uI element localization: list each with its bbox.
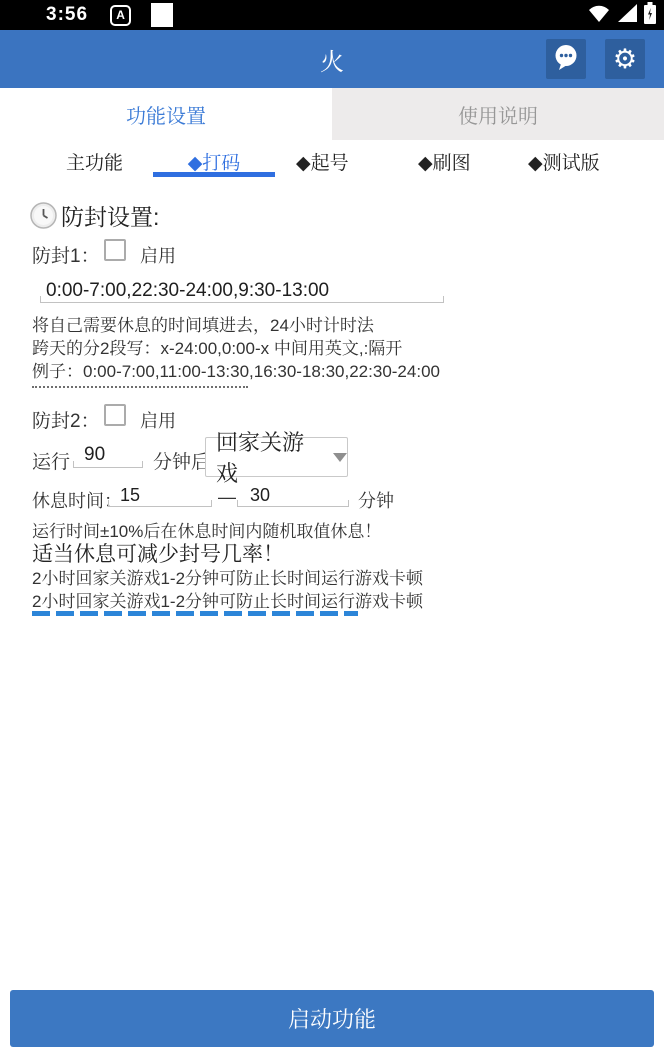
- run-suffix-label: 分钟后: [153, 447, 210, 474]
- blue-dashed-divider: [32, 611, 358, 616]
- app-bar: 火 ⚙: [0, 30, 664, 88]
- anti-ban-1-checkbox[interactable]: [104, 239, 126, 261]
- rest-min-underline: [108, 501, 212, 507]
- white-square-icon: [151, 3, 173, 27]
- hint-line: 跨天的分2段写：x-24:00,0:00-x 中间用英文,:隔开: [32, 334, 402, 359]
- start-function-button[interactable]: 启动功能: [10, 990, 654, 1047]
- battery-icon: [644, 2, 656, 29]
- app-screen: 3:56 A 火: [0, 0, 664, 1062]
- sub-tab-shuatu[interactable]: ◆刷图: [418, 148, 471, 175]
- anti-ban-2-checkbox[interactable]: [104, 404, 126, 426]
- run-action-selected-value: 回家关游戏: [216, 426, 325, 488]
- anti-ban-section-header: 防封设置:: [30, 199, 159, 232]
- chat-button[interactable]: [546, 39, 586, 79]
- hint-line: 例子：0:00-7:00,11:00-13:30,16:30-18:30,22:…: [32, 357, 440, 382]
- section-title: 防封设置:: [61, 199, 159, 232]
- chat-icon: [552, 43, 580, 76]
- hint-line: 将自己需要休息的时间填进去，24小时计时法: [32, 311, 374, 336]
- hint-line: 2小时回家关游戏1-2分钟可防止长时间运行游戏卡顿: [32, 564, 423, 589]
- anti-ban-1-label: 防封1：: [32, 241, 100, 268]
- wifi-icon: [588, 3, 610, 28]
- clock-icon: [30, 202, 57, 229]
- range-dash: —: [218, 487, 236, 508]
- tab-function-settings[interactable]: 功能设置: [0, 88, 332, 140]
- run-minutes-underline: [73, 462, 143, 468]
- anti-ban-1-enable-label: 启用: [140, 242, 176, 268]
- anti-ban-2-enable-label: 启用: [140, 407, 176, 433]
- run-action-dropdown[interactable]: 回家关游戏: [205, 437, 348, 477]
- hint-line: 2小时回家关游戏1-2分钟可防止长时间运行游戏卡顿: [32, 587, 423, 612]
- sub-tab-qihao[interactable]: ◆起号: [296, 148, 349, 175]
- tab-instructions[interactable]: 使用说明: [332, 88, 664, 140]
- dashed-divider: [32, 386, 248, 388]
- gear-icon: ⚙: [613, 46, 637, 73]
- rest-unit-label: 分钟: [358, 487, 394, 513]
- chevron-down-icon: [333, 453, 347, 462]
- sub-tab-bar: 主功能 ◆打码 ◆起号 ◆刷图 ◆测试版: [0, 140, 664, 182]
- sub-tab-test-version[interactable]: ◆测试版: [528, 148, 600, 175]
- letter-a-icon: A: [110, 5, 131, 26]
- settings-button[interactable]: ⚙: [605, 39, 645, 79]
- status-time: 3:56: [46, 4, 88, 26]
- anti-ban-2-label: 防封2：: [32, 406, 100, 433]
- rest-max-underline: [237, 501, 349, 507]
- status-bar: 3:56 A: [0, 0, 664, 30]
- main-tab-bar: 功能设置 使用说明: [0, 88, 664, 140]
- run-prefix-label: 运行: [32, 447, 70, 474]
- sub-tab-main-function[interactable]: 主功能: [66, 148, 123, 175]
- signal-icon: [616, 3, 638, 28]
- sub-tab-dama[interactable]: ◆打码: [153, 148, 275, 175]
- active-sub-tab-underline: [153, 172, 275, 177]
- rest-time-input-underline: [40, 297, 444, 303]
